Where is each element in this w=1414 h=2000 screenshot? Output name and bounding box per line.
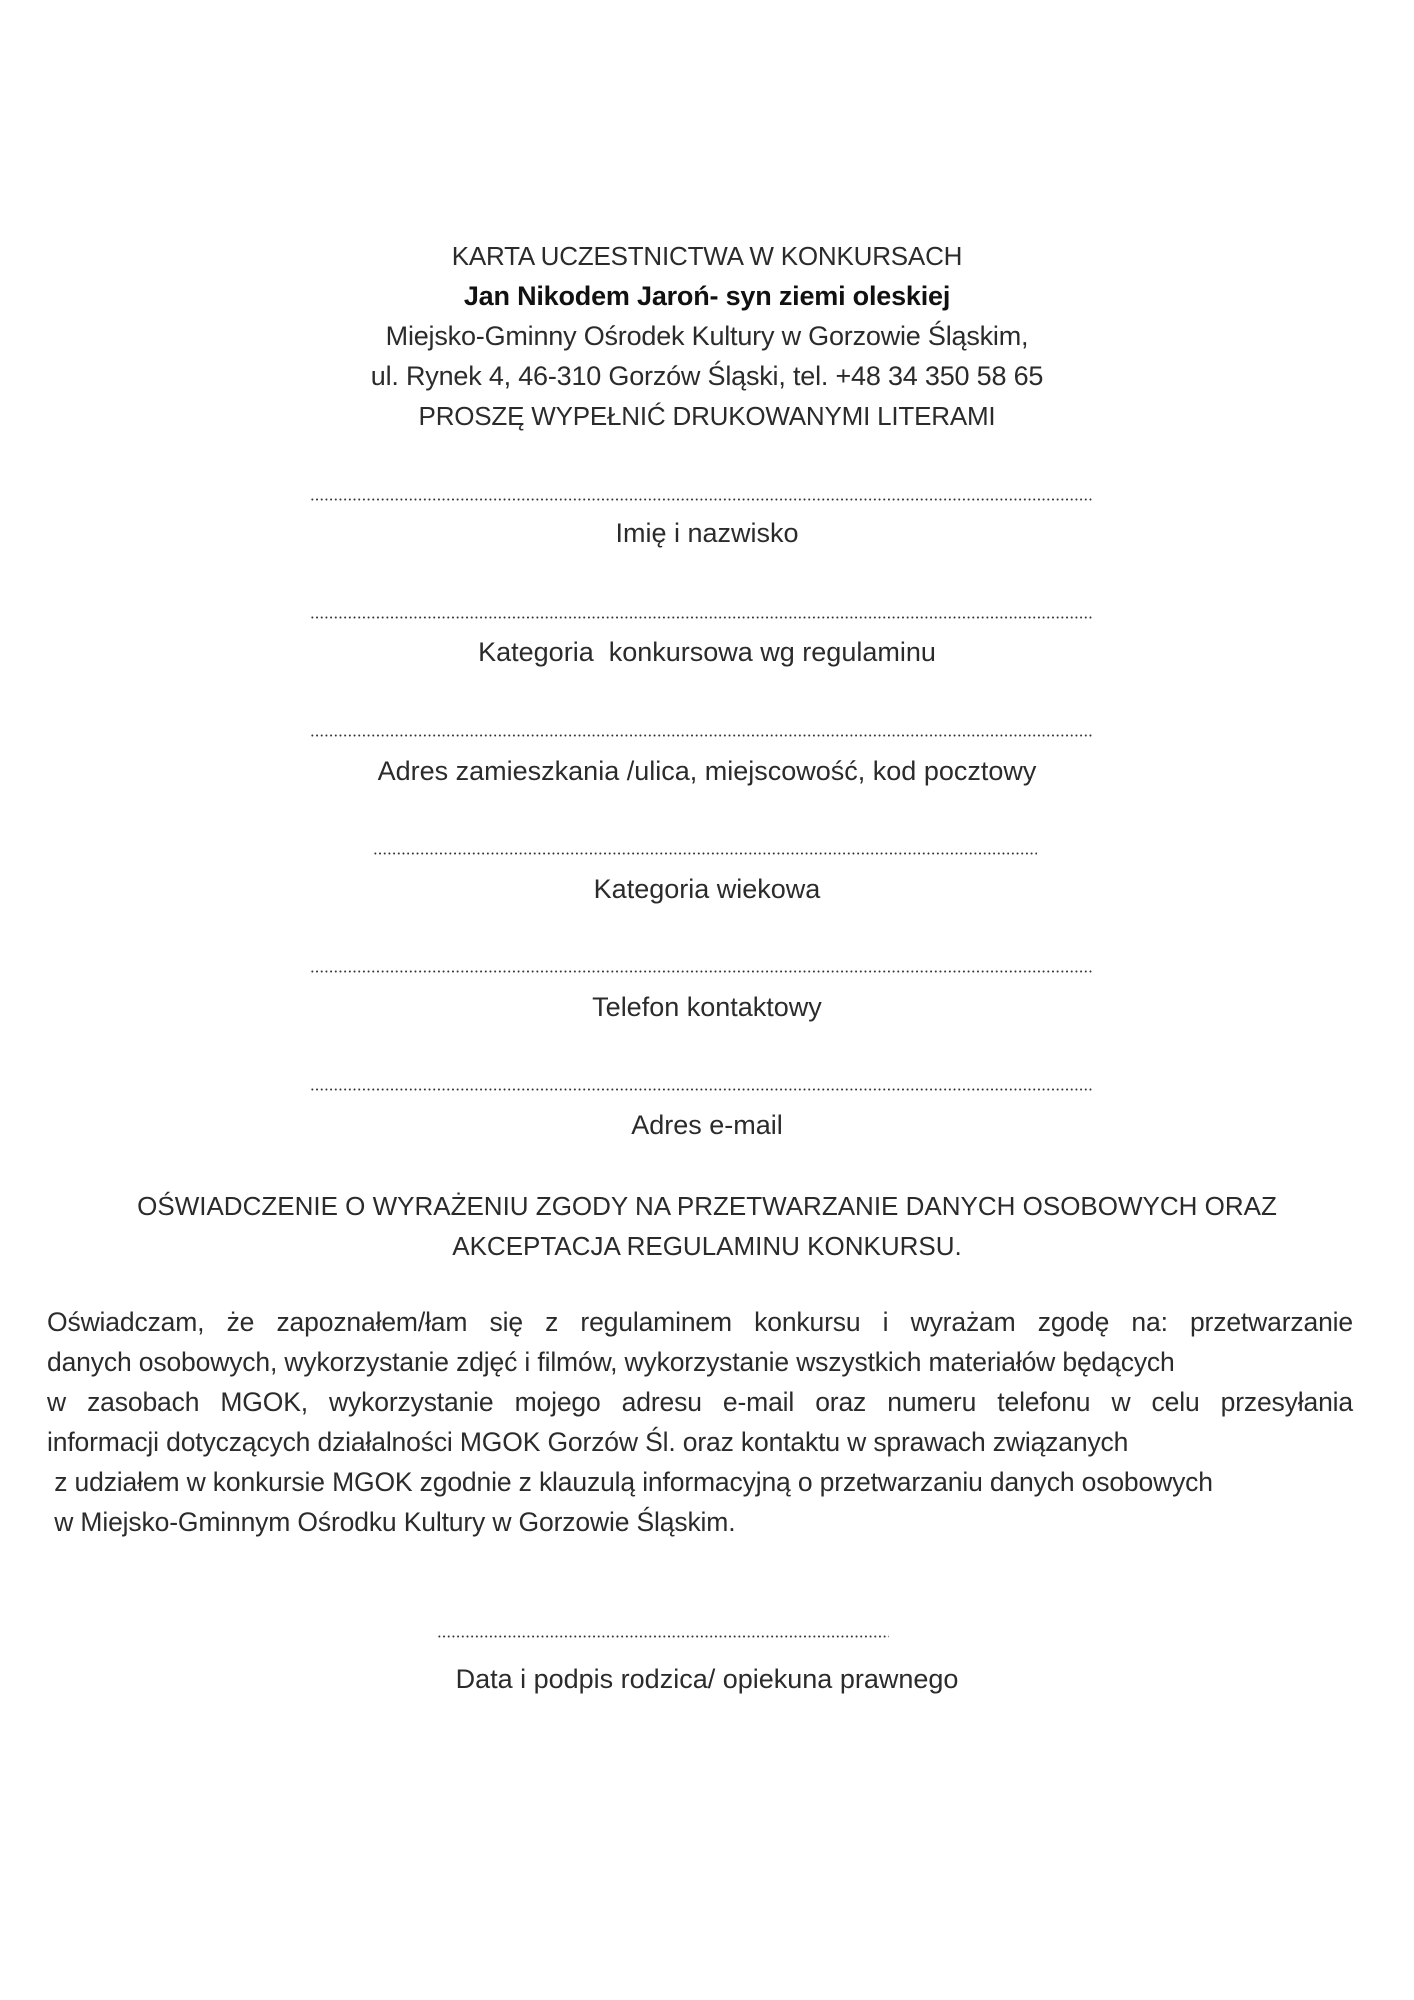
address-label: Adres zamieszkania /ulica, miejscowość, … xyxy=(0,751,1414,791)
consent-line: Oświadczam, że zapoznałem/łam się z regu… xyxy=(47,1302,1353,1342)
contest-category-input-line[interactable] xyxy=(310,616,1092,619)
phone-label: Telefon kontaktowy xyxy=(0,987,1414,1027)
organizer-address: ul. Rynek 4, 46-310 Gorzów Śląski, tel. … xyxy=(0,356,1414,396)
email-input-line[interactable] xyxy=(310,1088,1092,1091)
age-category-input-line[interactable] xyxy=(373,852,1037,855)
signature-input-line[interactable] xyxy=(437,1635,889,1638)
consent-line: w Miejsko-Gminnym Ośrodku Kultury w Gorz… xyxy=(47,1502,1353,1542)
contest-name: Jan Nikodem Jaroń- syn ziemi oleskiej xyxy=(0,276,1414,316)
consent-line: w zasobach MGOK, wykorzystanie mojego ad… xyxy=(47,1382,1353,1422)
consent-line: danych osobowych, wykorzystanie zdjęć i … xyxy=(47,1342,1353,1382)
phone-input-line[interactable] xyxy=(310,970,1092,973)
document-title: KARTA UCZESTNICTWA W KONKURSACH xyxy=(0,236,1414,276)
full-name-input-line[interactable] xyxy=(310,498,1092,501)
organizer-name: Miejsko-Gminny Ośrodek Kultury w Gorzowi… xyxy=(0,316,1414,356)
statement-heading-line2: AKCEPTACJA REGULAMINU KONKURSU. xyxy=(0,1226,1414,1266)
address-input-line[interactable] xyxy=(310,734,1092,737)
signature-label: Data i podpis rodzica/ opiekuna prawnego xyxy=(0,1659,1414,1699)
full-name-label: Imię i nazwisko xyxy=(0,513,1414,553)
email-label: Adres e-mail xyxy=(0,1105,1414,1145)
contest-category-label: Kategoria konkursowa wg regulaminu xyxy=(0,632,1414,672)
age-category-label: Kategoria wiekowa xyxy=(0,869,1414,909)
statement-heading-line1: OŚWIADCZENIE O WYRAŻENIU ZGODY NA PRZETW… xyxy=(0,1186,1414,1226)
fill-instruction: PROSZĘ WYPEŁNIĆ DRUKOWANYMI LITERAMI xyxy=(0,396,1414,436)
consent-line: z udziałem w konkursie MGOK zgodnie z kl… xyxy=(47,1462,1353,1502)
consent-line: informacji dotyczących działalności MGOK… xyxy=(47,1422,1353,1462)
